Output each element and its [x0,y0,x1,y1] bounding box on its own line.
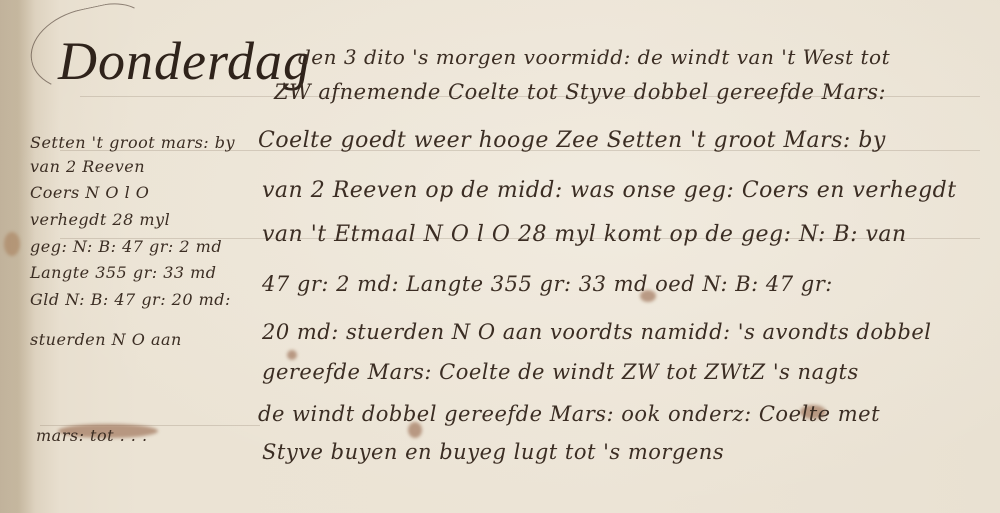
margin-note-5: geg: N: B: 47 gr: 2 md [30,237,222,256]
body-line-3: Coelte goedt weer hooge Zee Setten 't gr… [258,128,886,153]
body-line-1: den 3 dito 's morgen voormidd: de windt … [298,45,890,69]
margin-note-2: van 2 Reeven [30,157,145,176]
margin-note-8: stuerden N O aan [30,330,182,349]
body-line-7: 20 md: stuerden N O aan voordts namidd: … [262,320,932,344]
body-line-6: 47 gr: 2 md: Langte 355 gr: 33 md oed N:… [262,272,833,296]
margin-note-4: verhegdt 28 myl [30,210,170,229]
body-line-10: Styve buyen en buyeg lugt tot 's morgens [262,440,724,464]
body-line-9: de windt dobbel gereefde Mars: ook onder… [258,402,880,426]
margin-note-3: Coers N O l O [30,183,149,202]
margin-note-6: Langte 355 gr: 33 md [30,263,217,282]
manuscript-page: Donderdag den 3 dito 's morgen voormidd:… [0,0,1000,513]
margin-note-7: Gld N: B: 47 gr: 20 md: [30,290,231,309]
ink-stain [287,350,297,360]
binding-shadow [0,0,36,513]
ink-stain [4,232,20,256]
body-line-8: gereefde Mars: Coelte de windt ZW tot ZW… [262,360,859,384]
margin-note-9: mars: tot . . . [36,426,148,445]
body-line-4: van 2 Reeven op de midd: was onse geg: C… [262,178,957,203]
body-line-5: van 't Etmaal N O l O 28 myl komt op de … [262,222,907,247]
body-line-2: ZW afnemende Coelte tot Styve dobbel ger… [274,80,886,104]
margin-note-1: Setten 't groot mars: by [30,133,235,152]
